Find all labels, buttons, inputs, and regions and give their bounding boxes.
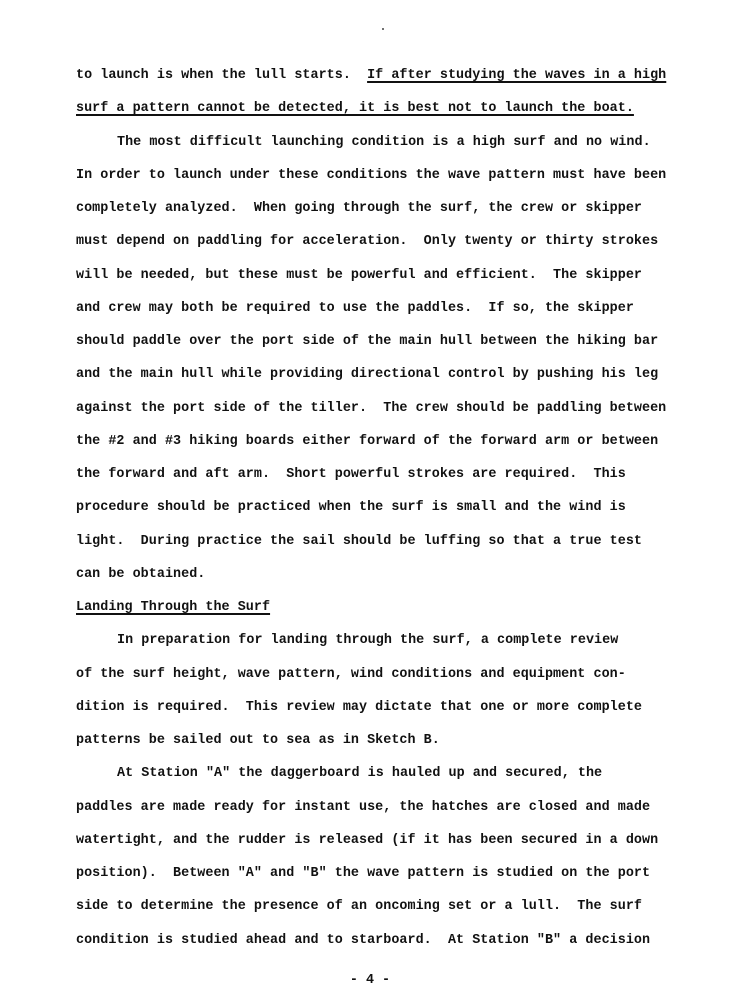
text-line-plain: to launch is when the lull starts. bbox=[76, 68, 367, 83]
text-line: condition is studied ahead and to starbo… bbox=[76, 933, 650, 949]
text-line: against the port side of the tiller. The… bbox=[76, 401, 666, 417]
text-line: can be obtained. bbox=[76, 567, 205, 583]
document-page: to launch is when the lull starts. If af… bbox=[0, 0, 740, 1000]
text-line: and crew may both be required to use the… bbox=[76, 301, 634, 317]
text-line: position). Between "A" and "B" the wave … bbox=[76, 866, 650, 882]
text-line: paddles are made ready for instant use, … bbox=[76, 800, 650, 816]
text-line: light. During practice the sail should b… bbox=[76, 534, 642, 550]
text-line: side to determine the presence of an onc… bbox=[76, 899, 642, 915]
text-line: procedure should be practiced when the s… bbox=[76, 500, 626, 516]
text-line: completely analyzed. When going through … bbox=[76, 201, 642, 217]
text-line: will be needed, but these must be powerf… bbox=[76, 268, 642, 284]
text-line: must depend on paddling for acceleration… bbox=[76, 234, 658, 250]
text-line: and the main hull while providing direct… bbox=[76, 367, 658, 383]
text-line: should paddle over the port side of the … bbox=[76, 334, 658, 350]
text-line: the forward and aft arm. Short powerful … bbox=[76, 467, 626, 483]
text-line: watertight, and the rudder is released (… bbox=[76, 833, 658, 849]
page-number: - 4 - bbox=[0, 973, 740, 988]
text-line: to launch is when the lull starts. If af… bbox=[76, 68, 666, 84]
underlined-text: surf a pattern cannot be detected, it is… bbox=[76, 101, 634, 117]
text-line: the #2 and #3 hiking boards either forwa… bbox=[76, 434, 658, 450]
text-line: dition is required. This review may dict… bbox=[76, 700, 642, 716]
text-line: patterns be sailed out to sea as in Sket… bbox=[76, 733, 440, 749]
paragraph-start: At Station "A" the daggerboard is hauled… bbox=[117, 766, 602, 782]
paragraph-start: In preparation for landing through the s… bbox=[117, 633, 618, 649]
underlined-text: If after studying the waves in a high bbox=[367, 68, 666, 83]
paragraph-start: The most difficult launching condition i… bbox=[117, 135, 651, 151]
section-heading: Landing Through the Surf bbox=[76, 600, 270, 616]
text-line: In order to launch under these condition… bbox=[76, 168, 666, 184]
text-line: of the surf height, wave pattern, wind c… bbox=[76, 667, 626, 683]
scan-speck bbox=[382, 28, 384, 30]
